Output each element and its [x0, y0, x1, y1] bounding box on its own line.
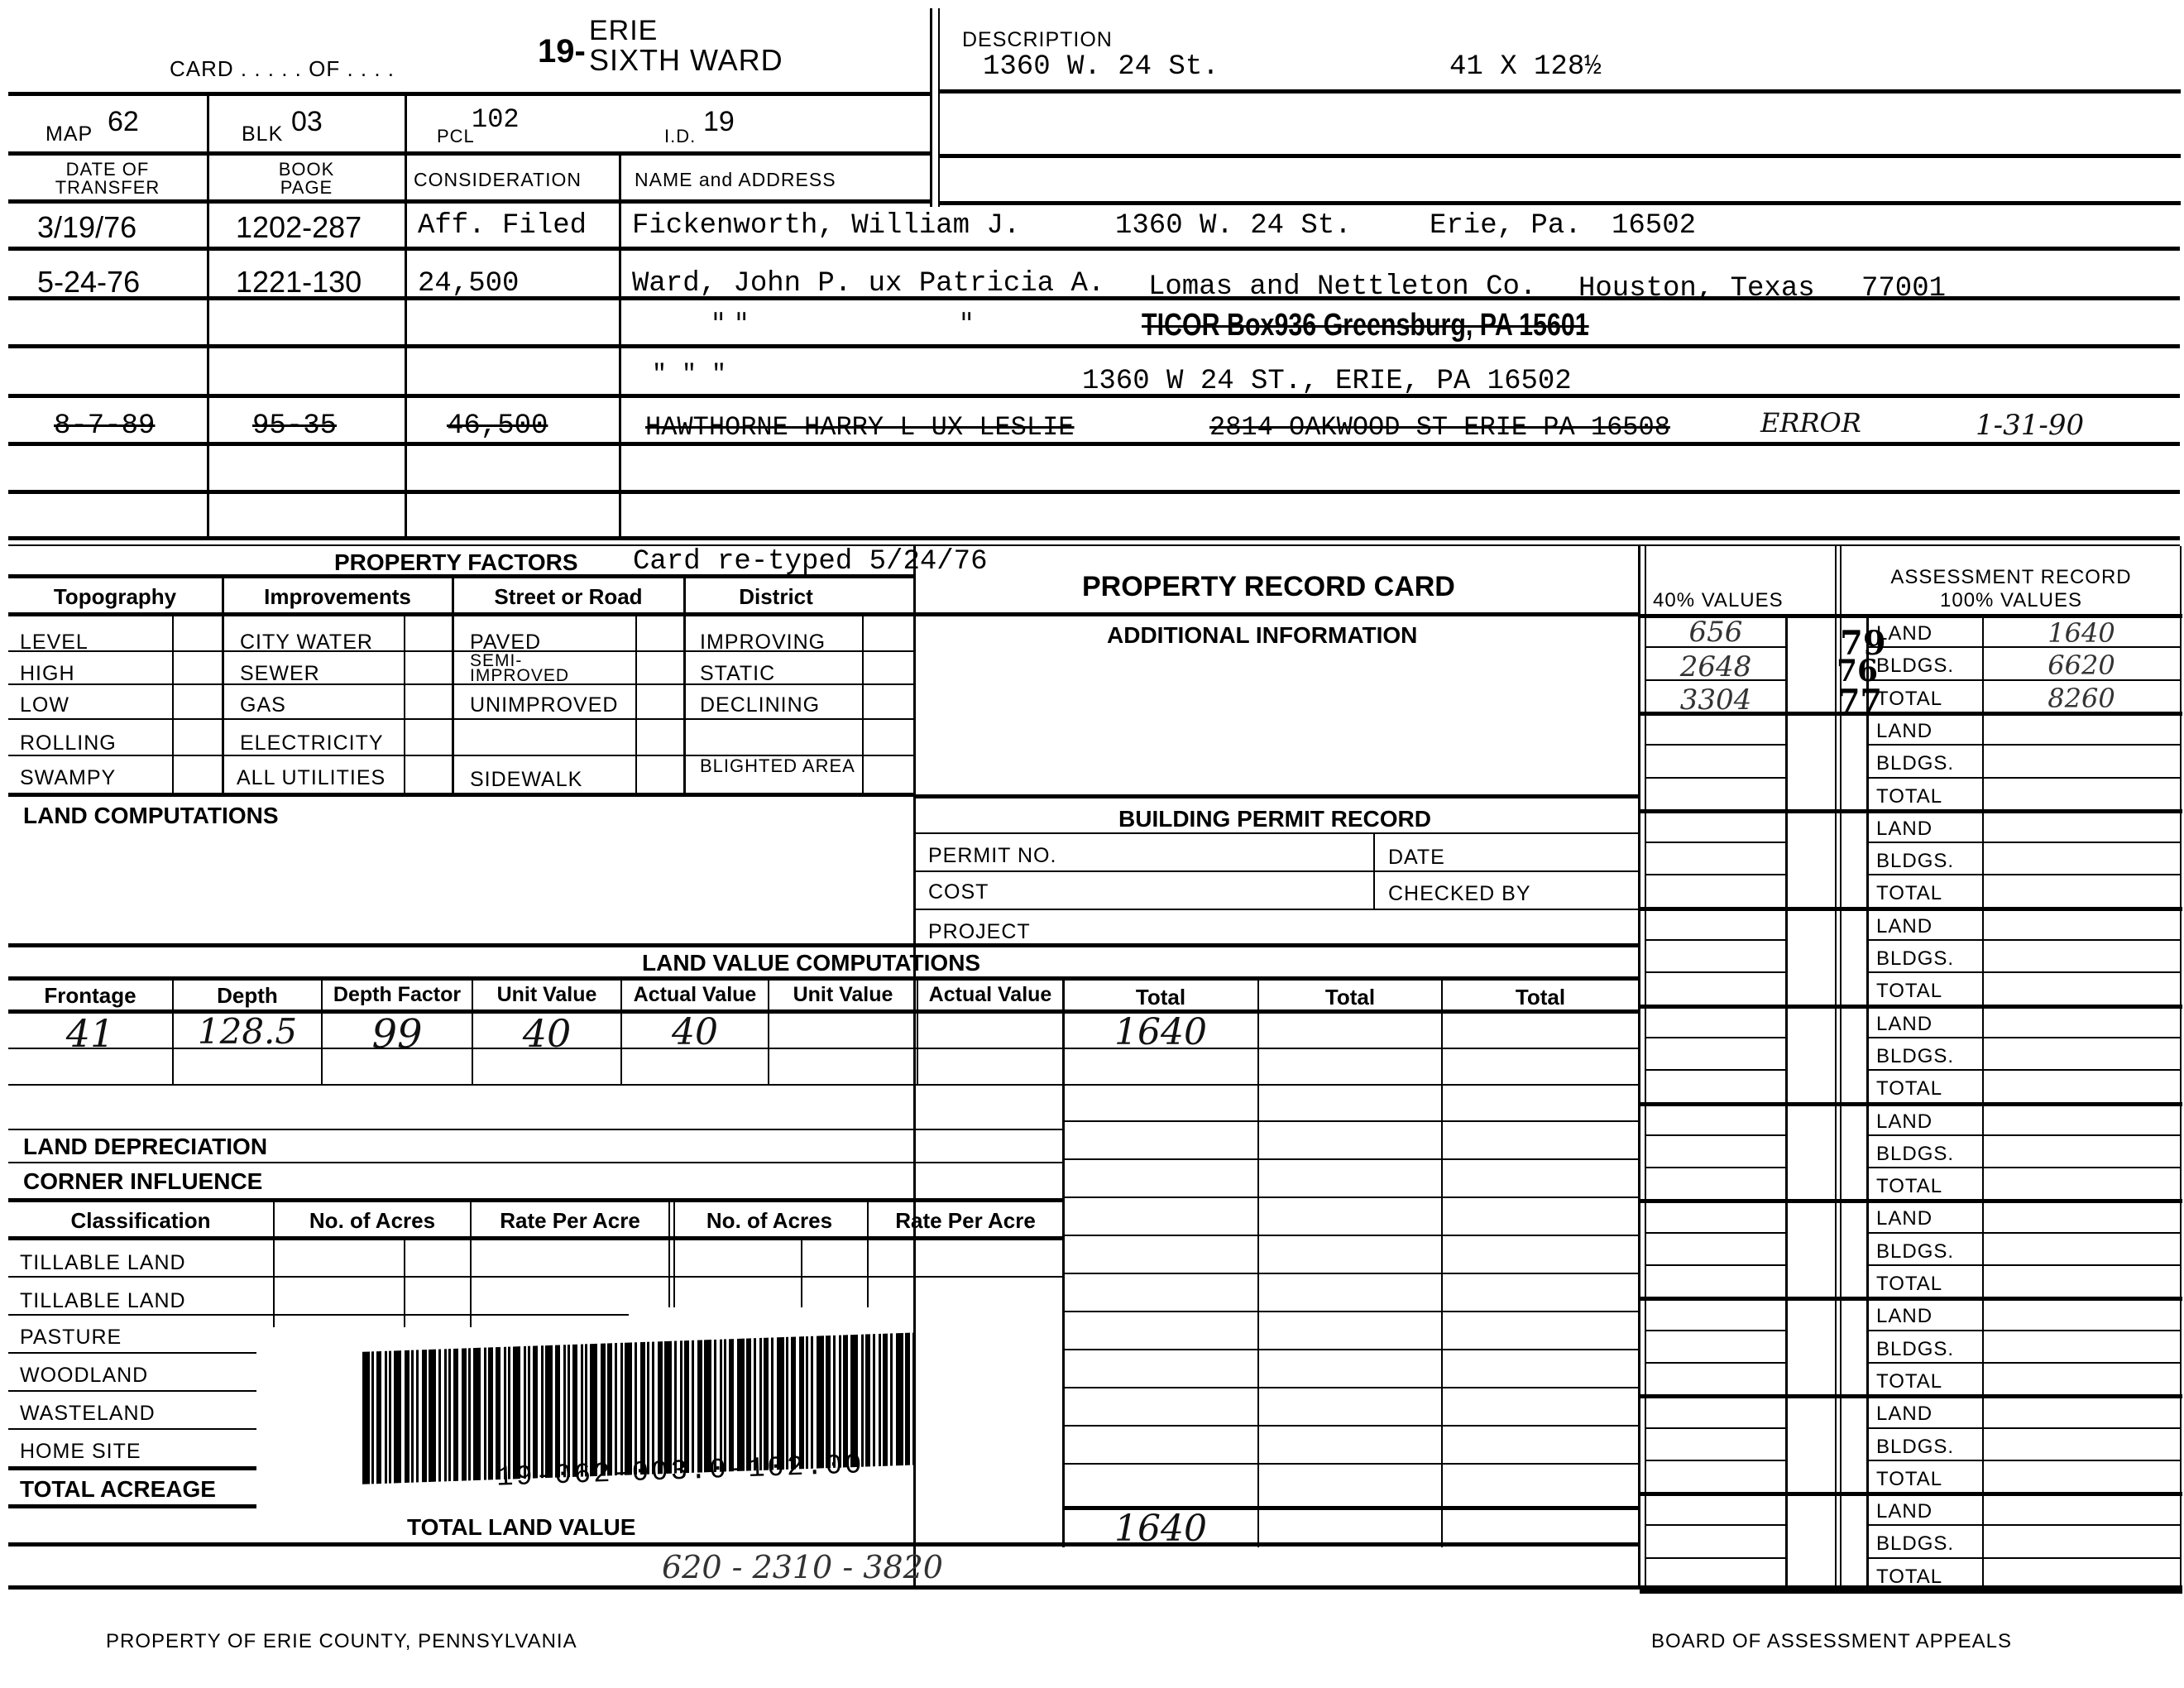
assessment-row-divider — [1640, 1590, 2182, 1594]
barcode-bar — [625, 1342, 632, 1475]
barcode-bar — [905, 1333, 910, 1465]
factor-sidewalk: SIDEWALK — [470, 768, 582, 792]
barcode-bar — [607, 1343, 612, 1475]
assessment-row-divider — [1640, 712, 2182, 716]
barcode-bar — [697, 1340, 702, 1472]
pcl-label: PCL — [437, 126, 475, 147]
barcode-bar — [704, 1340, 711, 1472]
error-note-date: 1-31-90 — [1976, 409, 2084, 442]
assessment-row-divider — [1866, 939, 2181, 941]
transfer-address-struck: TICOR Box936 Greensburg, PA 15601 — [1142, 308, 1589, 343]
assessment-row-label-land: LAND — [1876, 1013, 1933, 1036]
barcode-bar — [647, 1342, 649, 1475]
factor-rolling: ROLLING — [20, 731, 117, 755]
transfer-date: 8-7-89 — [54, 410, 155, 442]
assessment-row-label-land: LAND — [1876, 1305, 1933, 1328]
barcode-bar — [759, 1338, 762, 1470]
assessment-row-divider — [1646, 744, 1785, 746]
assessment-row-divider — [1866, 1134, 2181, 1136]
assessment-row-divider — [1866, 1427, 2181, 1429]
barcode-bar — [394, 1350, 401, 1483]
factor-high: HIGH — [20, 662, 75, 686]
assessment-row-divider — [1646, 1460, 1785, 1461]
barcode-bar — [615, 1343, 617, 1475]
building-permit-title: BUILDING PERMIT RECORD — [1118, 806, 1431, 832]
assessment-row-label-bldgs: BLDGS. — [1876, 1338, 1954, 1361]
transfer-address: 1360 W. 24 St. — [1115, 210, 1352, 242]
assessment-row-label-bldgs: BLDGS. — [1876, 655, 1954, 678]
factor-semi-improved: SEMI-IMPROVED — [470, 654, 611, 683]
barcode-bar — [764, 1338, 769, 1470]
barcode-bar — [528, 1346, 530, 1479]
acreage-row-wasteland: WASTELAND — [20, 1402, 156, 1426]
barcode-bar — [488, 1347, 493, 1479]
property-record-card-title: PROPERTY RECORD CARD — [1082, 571, 1455, 603]
assessment-row-divider — [1866, 646, 2181, 648]
assessment-row-divider — [1866, 842, 2181, 843]
assessment-row-label-land: LAND — [1876, 622, 1933, 645]
assessment-row-divider — [1640, 907, 2182, 911]
assessment-row-divider — [1646, 1557, 1785, 1559]
factor-swampy: SWAMPY — [20, 766, 116, 790]
assessment-row-divider — [1866, 777, 2181, 779]
blk-value: 03 — [291, 106, 323, 138]
barcode-bar — [850, 1335, 858, 1467]
col-acres-1: No. of Acres — [275, 1208, 470, 1234]
barcode-bar — [411, 1350, 414, 1483]
barcode-bar — [680, 1340, 682, 1473]
assessment-header-line2: 100% VALUES — [1842, 589, 2181, 612]
assessment-row-divider — [1646, 1037, 1785, 1038]
assessment-row-divider — [1646, 1232, 1785, 1234]
assessment-row-label-total: TOTAL — [1876, 688, 1942, 711]
barcode-bar — [658, 1341, 663, 1474]
acreage-row-woodland: WOODLAND — [20, 1364, 148, 1388]
unit-value-1: 40 — [473, 1011, 620, 1056]
barcode-bar — [839, 1336, 841, 1468]
barcode-bar — [754, 1338, 756, 1470]
assessment-row-label-total: TOTAL — [1876, 1468, 1942, 1491]
col-rate-2: Rate Per Acre — [869, 1208, 1062, 1234]
col-depth: Depth — [174, 983, 321, 1009]
assessment-row-divider — [1646, 1330, 1785, 1331]
card-of-label: CARD . . . . . OF . . . . — [170, 56, 395, 82]
col-total-3: Total — [1443, 985, 1638, 1010]
factor-improving: IMPROVING — [700, 631, 826, 655]
transfer-date: 3/19/76 — [37, 210, 136, 245]
transfer-book-page: 1202-287 — [236, 210, 362, 245]
blk-label: BLK — [242, 122, 283, 146]
id-label: I.D. — [664, 126, 696, 147]
assessment-row-divider — [1646, 1362, 1785, 1364]
transfer-name-ditto: " " " — [652, 361, 726, 389]
assessment-row-label-total: TOTAL — [1876, 785, 1942, 808]
assessment-row-divider — [1640, 1297, 2182, 1301]
assessment-row-divider — [1866, 874, 2181, 875]
assessment-row-divider — [1646, 679, 1785, 681]
barcode-bar — [473, 1348, 481, 1480]
transfer-book-page: 95-35 — [252, 410, 337, 442]
topography-header: Topography — [8, 584, 222, 610]
barcode-bar — [563, 1345, 566, 1477]
total-land-value: 1640 — [1064, 1508, 1257, 1550]
assessment-row-label-land: LAND — [1876, 1207, 1933, 1230]
assessment-row-divider — [1866, 1167, 2181, 1168]
barcode-bar — [601, 1344, 606, 1476]
barcode-bar — [826, 1336, 831, 1468]
assessment-row-divider — [1640, 1199, 2182, 1203]
barcode-bar — [806, 1336, 808, 1469]
description-label: DESCRIPTION — [962, 28, 1113, 52]
assessment-row-divider — [1646, 1069, 1785, 1071]
assessment-header-line1: ASSESSMENT RECORD — [1842, 566, 2181, 589]
barcode-bar — [541, 1345, 544, 1478]
barcode-bar — [843, 1335, 848, 1467]
barcode-bar — [585, 1344, 587, 1476]
col-book-header: BOOK PAGE — [208, 161, 405, 197]
barcode-bar — [468, 1348, 471, 1480]
assessment-row-divider — [1866, 1232, 2181, 1234]
barcode-bar — [786, 1337, 788, 1470]
transfer-consideration: 24,500 — [418, 268, 519, 300]
barcode-bar — [890, 1333, 893, 1465]
assessment-row-divider — [1646, 971, 1785, 973]
barcode-bar — [513, 1346, 520, 1479]
assessment-row-label-bldgs: BLDGS. — [1876, 1240, 1954, 1264]
col-depth-factor: Depth Factor — [323, 983, 472, 1007]
assessment-row-divider — [1866, 1037, 2181, 1038]
barcode-bar — [462, 1348, 467, 1480]
transfer-name: Ward, John P. ux Patricia A. — [632, 268, 1104, 300]
land-depreciation-label: LAND DEPRECIATION — [23, 1134, 267, 1160]
transfer-consideration: Aff. Filed — [418, 210, 587, 242]
transfer-address: 1360 W 24 ST., ERIE, PA 16502 — [1082, 366, 1572, 397]
transfer-date: 5-24-76 — [37, 265, 140, 300]
bottom-handwritten-note: 620 - 2310 - 3820 — [662, 1549, 943, 1585]
assessment-row-divider — [1866, 1330, 2181, 1331]
factor-blighted-area: BLIGHTED AREA — [700, 758, 857, 774]
barcode-bar — [572, 1345, 577, 1477]
barcode-bar — [620, 1343, 623, 1475]
assessment-row-divider — [1646, 1427, 1785, 1429]
project-label: PROJECT — [928, 920, 1031, 944]
total-value-1: 1640 — [1064, 1011, 1257, 1053]
assessment-value-land: 1640 — [1985, 617, 2177, 649]
assessment-row-divider — [1646, 1134, 1785, 1136]
factor-low: LOW — [20, 693, 69, 717]
barcode-bar — [777, 1337, 784, 1470]
assessment-row-label-total: TOTAL — [1876, 1273, 1942, 1296]
street-road-header: Street or Road — [453, 584, 683, 610]
transfer-city: Houston, Texas — [1578, 273, 1815, 305]
barcode-bar — [729, 1339, 734, 1471]
barcode-bar — [664, 1341, 672, 1474]
barcode-bar — [438, 1349, 441, 1481]
assessment-row-label-bldgs: BLDGS. — [1876, 850, 1954, 873]
assessment-row-divider — [1866, 679, 2181, 681]
retyped-note: Card re-typed 5/24/76 — [633, 546, 987, 578]
barcode-bar — [873, 1334, 875, 1466]
transfer-name: HAWTHORNE HARRY L UX LESLIE — [645, 412, 1074, 443]
factor-static: STATIC — [700, 662, 775, 686]
barcode-bar — [568, 1345, 570, 1477]
acreage-row-home-site: HOME SITE — [20, 1440, 141, 1464]
col-book-line2: PAGE — [208, 179, 405, 197]
assessment-row-divider — [1866, 1460, 2181, 1461]
barcode-bar — [545, 1345, 553, 1478]
barcode-bar — [389, 1351, 391, 1484]
barcode-bar — [385, 1351, 387, 1484]
frontage-value: 41 — [8, 1011, 172, 1056]
assessment-row-label-total: TOTAL — [1876, 980, 1942, 1003]
barcode-bar — [484, 1348, 486, 1480]
date-label: DATE — [1388, 846, 1445, 870]
barcode-bar — [448, 1349, 451, 1481]
transfer-address: Lomas and Nettleton Co. — [1148, 271, 1536, 303]
improvements-header: Improvements — [223, 584, 452, 610]
assessment-row-label-bldgs: BLDGS. — [1876, 947, 1954, 971]
assessment-row-label-land: LAND — [1876, 1500, 1933, 1523]
footer-left: PROPERTY OF ERIE COUNTY, PENNSYLVANIA — [106, 1630, 577, 1653]
assessment-row-label-bldgs: BLDGS. — [1876, 1143, 1954, 1166]
barcode-bar — [581, 1344, 583, 1476]
col-date-line1: DATE OF — [8, 161, 207, 179]
assessment-row-divider — [1866, 1264, 2181, 1266]
transfer-zip: 77001 — [1861, 273, 1946, 305]
barcode-bar — [504, 1347, 506, 1479]
barcode-bar — [555, 1345, 560, 1477]
barcode-bar — [724, 1339, 726, 1471]
barcode-bar — [640, 1342, 645, 1475]
barcode-bar — [674, 1341, 677, 1474]
acreage-row-tillable-1: TILLABLE LAND — [20, 1251, 186, 1275]
col-classification: Classification — [8, 1208, 273, 1234]
col-rate-1: Rate Per Acre — [472, 1208, 668, 1234]
barcode-bar — [444, 1349, 447, 1481]
value-40-land: 656 — [1646, 616, 1785, 649]
depth-value: 128.5 — [174, 1011, 321, 1052]
col-date-line2: TRANSFER — [8, 179, 207, 197]
acreage-row-tillable-2: TILLABLE LAND — [20, 1289, 186, 1313]
barcode-bar — [362, 1351, 370, 1484]
barcode-bar — [817, 1336, 824, 1468]
transfer-zip: 16502 — [1612, 210, 1696, 242]
map-value: 62 — [108, 106, 139, 138]
col-frontage: Frontage — [8, 983, 172, 1009]
barcode-bar — [405, 1350, 409, 1483]
assessment-row-divider — [1640, 1492, 2182, 1496]
district-header: District — [685, 584, 867, 610]
assessment-row-divider — [1866, 1362, 2181, 1364]
assessment-row-label-land: LAND — [1876, 1110, 1933, 1134]
assessment-value-bldgs: 6620 — [1985, 650, 2177, 681]
assessment-row-label-total: TOTAL — [1876, 1566, 1942, 1589]
barcode-bar — [833, 1336, 836, 1468]
col-actual-value-2: Actual Value — [918, 983, 1062, 1007]
assessment-row-divider — [1646, 939, 1785, 941]
assessment-row-label-bldgs: BLDGS. — [1876, 1532, 1954, 1556]
barcode-bar — [720, 1340, 722, 1472]
col-unit-value-2: Unit Value — [769, 983, 917, 1007]
factor-gas: GAS — [240, 693, 286, 717]
assessment-row-divider — [1640, 809, 2182, 813]
pcl-value: 102 — [472, 104, 520, 135]
barcode-bar — [883, 1334, 888, 1466]
assessment-row-divider — [1646, 1167, 1785, 1168]
property-factors-title: PROPERTY FACTORS — [334, 549, 578, 576]
col-book-line1: BOOK — [208, 161, 405, 179]
barcode-bar — [652, 1341, 654, 1474]
factor-city-water: CITY WATER — [240, 631, 373, 655]
barcode-bar — [453, 1349, 458, 1481]
district-number: 19- — [538, 33, 586, 70]
transfer-name: Fickenworth, William J. — [632, 210, 1020, 242]
total-acreage-label: TOTAL ACREAGE — [20, 1476, 216, 1503]
barcode-bar — [896, 1333, 903, 1465]
barcode-bar — [861, 1335, 864, 1467]
description-dimensions: 41 X 128½ — [1449, 51, 1602, 83]
barcode-bar — [635, 1342, 637, 1475]
values-40-header: 40% VALUES — [1653, 589, 1784, 612]
assessment-row-divider — [1640, 1005, 2182, 1009]
assessment-row-divider — [1866, 744, 2181, 746]
col-unit-value-1: Unit Value — [473, 983, 620, 1007]
transfer-address: 2814 OAKWOOD ST ERIE PA 16508 — [1209, 412, 1670, 443]
assessment-row-divider — [1646, 842, 1785, 843]
id-value: 19 — [703, 106, 735, 138]
district-line2: SIXTH WARD — [589, 43, 783, 78]
acreage-row-pasture: PASTURE — [20, 1326, 122, 1350]
assessment-row-label-land: LAND — [1876, 818, 1933, 841]
assessment-row-label-total: TOTAL — [1876, 882, 1942, 905]
assessment-row-divider — [1866, 1524, 2181, 1526]
assessment-row-label-land: LAND — [1876, 915, 1933, 938]
assessment-row-divider — [1866, 1069, 2181, 1071]
assessment-row-divider — [1640, 1394, 2182, 1398]
actual-value-1: 40 — [622, 1011, 768, 1053]
factor-all-utilities: ALL UTILITIES — [237, 766, 386, 790]
cost-label: COST — [928, 880, 989, 904]
assessment-value-total: 8260 — [1985, 683, 2177, 714]
assessment-row-label-bldgs: BLDGS. — [1876, 752, 1954, 775]
barcode-bar — [737, 1339, 745, 1471]
barcode-bar — [376, 1351, 381, 1484]
assessment-row-divider — [1646, 1524, 1785, 1526]
barcode-bar — [429, 1350, 436, 1482]
transfer-city: Erie, Pa. — [1430, 210, 1582, 242]
transfer-name-ditto: " " — [711, 308, 749, 342]
checked-by-label: CHECKED BY — [1388, 882, 1531, 906]
barcode-bar — [771, 1337, 773, 1470]
assessment-row-divider — [1640, 1102, 2182, 1106]
col-consideration-header: CONSIDERATION — [414, 169, 582, 191]
barcode-bar — [371, 1351, 374, 1484]
barcode-bar — [524, 1346, 526, 1479]
corner-influence-label: CORNER INFLUENCE — [23, 1168, 262, 1195]
error-note: ERROR — [1760, 407, 1861, 439]
barcode-bar — [496, 1347, 500, 1479]
transfer-book-page: 1221-130 — [236, 265, 362, 300]
barcode-bar — [714, 1340, 716, 1472]
barcode-bar — [533, 1345, 538, 1478]
permit-no-label: PERMIT NO. — [928, 844, 1056, 868]
assessment-row-label-land: LAND — [1876, 720, 1933, 743]
barcode-bar — [791, 1336, 796, 1469]
barcode-bar — [746, 1338, 751, 1470]
assessment-row-divider — [1646, 777, 1785, 779]
assessment-row-divider — [1646, 1264, 1785, 1266]
barcode-bar — [912, 1332, 915, 1465]
ditto-mark: " — [960, 308, 974, 342]
col-actual-value-1: Actual Value — [622, 983, 768, 1007]
barcode-bar — [865, 1334, 870, 1466]
assessment-row-divider — [1646, 874, 1785, 875]
assessment-row-label-total: TOTAL — [1876, 1077, 1942, 1101]
barcode-bar — [811, 1336, 813, 1469]
col-total-2: Total — [1259, 985, 1441, 1010]
assessment-row-divider — [1866, 971, 2181, 973]
barcode-bar — [799, 1336, 804, 1469]
description-address: 1360 W. 24 St. — [983, 51, 1219, 83]
assessment-row-label-land: LAND — [1876, 1403, 1933, 1426]
factor-declining: DECLINING — [700, 693, 820, 717]
col-date-header: DATE OF TRANSFER — [8, 161, 207, 197]
barcode-bar — [692, 1340, 694, 1473]
land-computations-title: LAND COMPUTATIONS — [23, 803, 279, 829]
footer-right: BOARD OF ASSESSMENT APPEALS — [1651, 1630, 2012, 1653]
transfer-consideration: 46,500 — [447, 410, 548, 442]
factor-sewer: SEWER — [240, 662, 320, 686]
assessment-row-label-total: TOTAL — [1876, 1370, 1942, 1393]
factor-electricity: ELECTRICITY — [240, 731, 384, 755]
assessment-row-label-bldgs: BLDGS. — [1876, 1436, 1954, 1459]
assessment-row-divider — [1866, 1557, 2181, 1559]
depth-factor-value: 99 — [323, 1011, 472, 1057]
assessment-row-divider — [1646, 646, 1785, 648]
factor-unimproved: UNIMPROVED — [470, 693, 618, 717]
col-acres-2: No. of Acres — [672, 1208, 867, 1234]
barcode-bar — [590, 1344, 597, 1476]
col-total-1: Total — [1064, 985, 1257, 1010]
total-land-value-label: TOTAL LAND VALUE — [407, 1514, 635, 1541]
land-value-title: LAND VALUE COMPUTATIONS — [642, 950, 980, 976]
col-name-header: NAME and ADDRESS — [635, 169, 836, 191]
barcode-bar — [416, 1350, 419, 1482]
map-label: MAP — [45, 122, 93, 146]
barcode-bar — [879, 1334, 881, 1466]
factor-level: LEVEL — [20, 631, 89, 655]
additional-info-title: ADDITIONAL INFORMATION — [1107, 622, 1417, 649]
assessment-row-label-total: TOTAL — [1876, 1175, 1942, 1198]
barcode-bar — [508, 1347, 510, 1479]
barcode-bar — [684, 1340, 689, 1473]
assessment-row-label-bldgs: BLDGS. — [1876, 1045, 1954, 1068]
barcode-bar — [422, 1350, 427, 1482]
